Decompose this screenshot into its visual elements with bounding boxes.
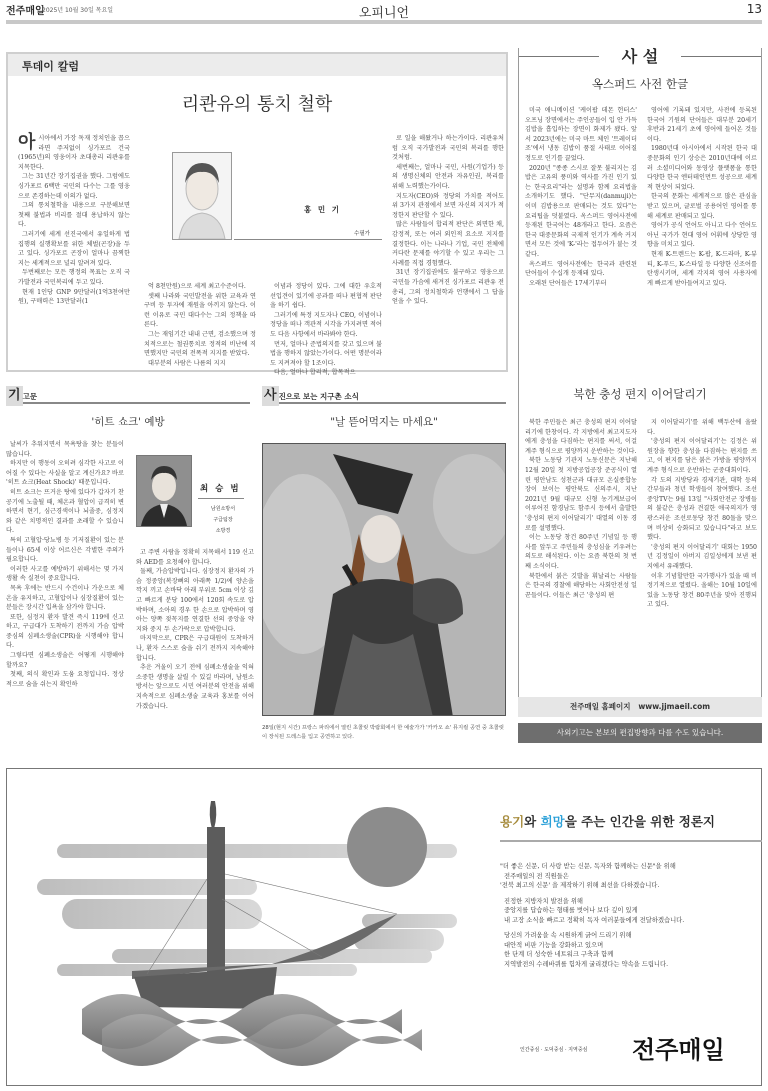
drop-cap: 아 [18,134,35,152]
byline-rule [198,498,244,499]
editorial-1-col-1: 미국 애니메이션 '케이팝 데몬 헌터스' 오프닝 장면에서는 주인공들이 입 … [525,106,637,288]
contribution-label: 기고문 [6,384,250,404]
editorial-2-col-1: 북한 주민들은 최근 충성의 편지 이어달리기에 한창이다. 각 지방에서 최고… [525,418,637,600]
column-label: 투데이 칼럼 [8,54,506,76]
photo-news-title: "날 뜯어먹지는 마세요" [262,414,506,429]
ad-divider [500,840,762,842]
masthead: 전주매일 2025년 10월 30일 목요일 오피니언 13 [6,2,762,18]
contribution-col-1: 날씨가 추워지면서 목욕탕을 찾는 분들이 많습니다. 하지만 이 행동이 오히… [6,440,124,689]
homepage-bar[interactable]: 전주매일 홈페이지 www.jjmaeil.com [518,697,762,717]
contributor-affiliation: 남원소방서 구급팀장 소방경 [198,504,248,537]
header-rule-right [681,56,761,57]
ad-paragraph-1: "더 좋은 신문, 더 사랑 받는 신문, 독자와 함께하는 신문"을 위해 전… [500,862,762,891]
ad-paragraph-2: 진정한 지방자치 발전을 위해 중앙지를 답습하는 형태를 벗어나 보다 깊이 … [500,897,762,926]
column-text-1: 아 시아에서 가장 독재 정치인을 꼽으라면 주저없이 싱가포르 건국(1965… [18,134,130,307]
ad-paragraph-3: 당신의 가려움을 속 시원하게 긁어 드리기 위해 대안적 비판 기능을 강화하… [500,931,762,969]
header-divider [6,20,762,24]
editorial-header: 사 설 [519,44,761,67]
contribution-title: '히트 쇼크' 예방 [6,414,250,429]
column-title: 리콴유의 통치 철학 [8,90,506,116]
disclaimer-bar: 사외기고는 본보의 편집방향과 다를 수도 있습니다. [518,723,762,743]
today-column: 투데이 칼럼 리콴유의 통치 철학 아 시아에서 가장 독재 정치인을 꼽으라면… [6,52,508,372]
ad-tagline: 인간중심 · 도덕중심 · 지역중심 [520,1046,588,1053]
portrait-icon [173,153,231,239]
column-text-2: 억 8천만원)으로 세계 최고수준이다. 셋째 나라와 국민발전을 위한 교육과… [144,282,256,368]
contribution-col-2: 고 주변 사람을 정확히 지목해서 119 신고와 AED를 요청해야 합니다.… [136,548,254,711]
performer-photo-icon [263,444,506,716]
contributor-name: 최 승 범 [200,482,241,494]
portrait-icon [137,456,191,526]
editorial-section: 사 설 옥스퍼드 사전 한글 미국 애니메이션 '케이팝 데몬 헌터스' 오프닝… [518,48,762,698]
column-text-3: 이념과 정당이 있다. 그에 대한 우호적 선입견이 있기에 공과를 떠나 편협… [270,282,382,378]
editorial-1-col-2: 영어에 기록돼 있지만, 사전에 등록된 한국어 기원의 단어들은 대부분 20… [647,106,757,288]
editorial-title-1: 옥스퍼드 사전 한글 [519,76,761,92]
contributor-photo [136,455,192,527]
editorial-2-col-2: 지 이어달리기'를 위해 백두산에 올랐다. '충성의 편지 이어달리기'는 김… [647,418,757,610]
ship-pen-illustration-icon [32,799,472,1069]
author-photo [172,152,232,240]
homepage-label: 전주매일 홈페이지 [570,702,631,711]
section-title: 오피니언 [6,2,762,21]
column-text-4: 로 일을 해왔거나 하는가이다. 리콴유처럼 오직 국가발전과 국민의 복리를 … [392,134,504,307]
author-role: 수필가 [354,229,370,237]
header-rule-left [519,56,599,57]
ad-slogan: 용기와 희망을 주는 인간을 위한 정론지 [500,812,715,830]
photo-news-label: 사진으로 보는 지구촌 소식 [262,384,506,404]
page-number: 13 [747,2,762,16]
editorial-title-2: 북한 충성 편지 이어달리기 [519,386,761,402]
byline-rule [234,239,382,240]
photo-caption: 28일(현지 시간) 프랑스 파리에서 열린 초콜릿 박람회에서 한 예술가가 … [262,724,506,742]
newspaper-logo: 전주매일 [632,1030,725,1065]
photo-news-image [262,443,506,716]
ad-body: "더 좋은 신문, 더 사랑 받는 신문, 독자와 함께하는 신문"을 위해 전… [500,862,762,975]
author-name: 홍 민 기 [304,204,341,215]
homepage-url[interactable]: www.jjmaeil.com [638,702,710,711]
